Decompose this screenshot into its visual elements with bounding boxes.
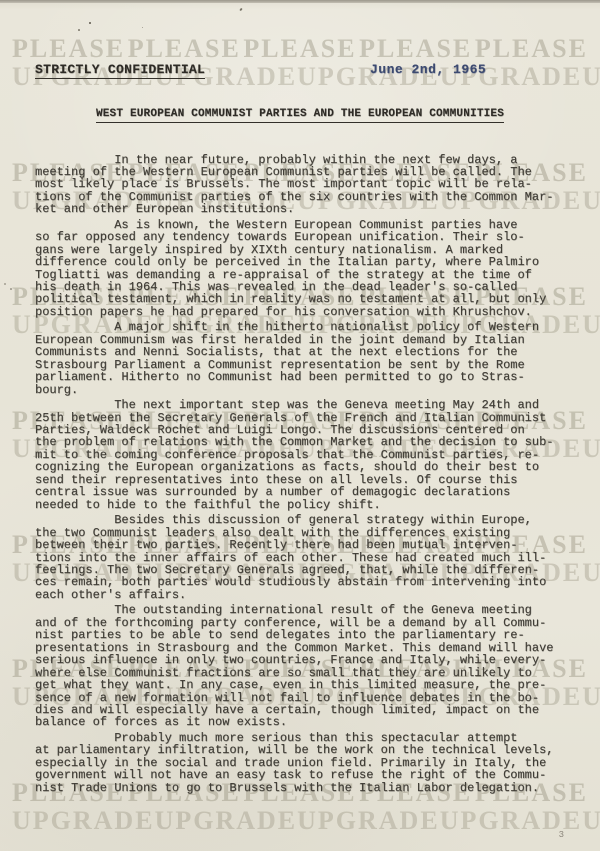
corner-page-mark: 3	[559, 830, 564, 840]
watermark-row: UPGRADEUPGRADEUPGRADEUPGRADEUPGRADE	[0, 806, 600, 836]
paragraph: As is known, the Western European Commun…	[35, 219, 565, 319]
document-body: In the near future, probably within the …	[35, 154, 565, 795]
paragraph: A major shift in the hitherto nationalis…	[35, 321, 565, 396]
classification-label: STRICTLY CONFIDENTIAL	[35, 62, 205, 79]
paragraph: In the near future, probably within the …	[35, 154, 565, 216]
watermark-row: PLEASEPLEASEPLEASEPLEASEPLEASE	[0, 34, 600, 64]
paragraph: The next important step was the Geneva m…	[35, 399, 565, 511]
watermark-word: PLEASE	[475, 34, 588, 64]
watermark-word: UPGRADE	[155, 806, 298, 836]
document-page: PLEASEPLEASEPLEASEPLEASEPLEASEUPGRADEUPG…	[0, 0, 600, 851]
scan-speck	[239, 8, 242, 12]
document-header: STRICTLY CONFIDENTIAL June 2nd, 1965	[35, 62, 565, 79]
paragraph: The outstanding international result of …	[35, 604, 565, 729]
watermark-word: UPGRADE	[297, 806, 440, 836]
date-label: June 2nd, 1965	[370, 62, 486, 77]
watermark-word: PLEASE	[128, 34, 241, 64]
watermark-word: PLEASE	[12, 34, 125, 64]
paragraph: Besides this discussion of general strat…	[35, 514, 565, 601]
paragraph: Probably much more serious than this spe…	[35, 732, 565, 794]
scan-speck	[89, 22, 91, 24]
document-content: STRICTLY CONFIDENTIAL June 2nd, 1965 WES…	[0, 62, 600, 794]
watermark-word: PLEASE	[243, 34, 356, 64]
scan-edge	[0, 0, 600, 3]
scan-speck	[78, 29, 80, 31]
page-title: WEST EUROPEAN COMMUNIST PARTIES AND THE …	[96, 108, 504, 123]
watermark-word: UPGRADE	[582, 806, 600, 836]
watermark-word: PLEASE	[359, 34, 472, 64]
scan-speck	[142, 27, 143, 28]
title-row: WEST EUROPEAN COMMUNIST PARTIES AND THE …	[35, 103, 565, 123]
watermark-word: UPGRADE	[12, 806, 155, 836]
